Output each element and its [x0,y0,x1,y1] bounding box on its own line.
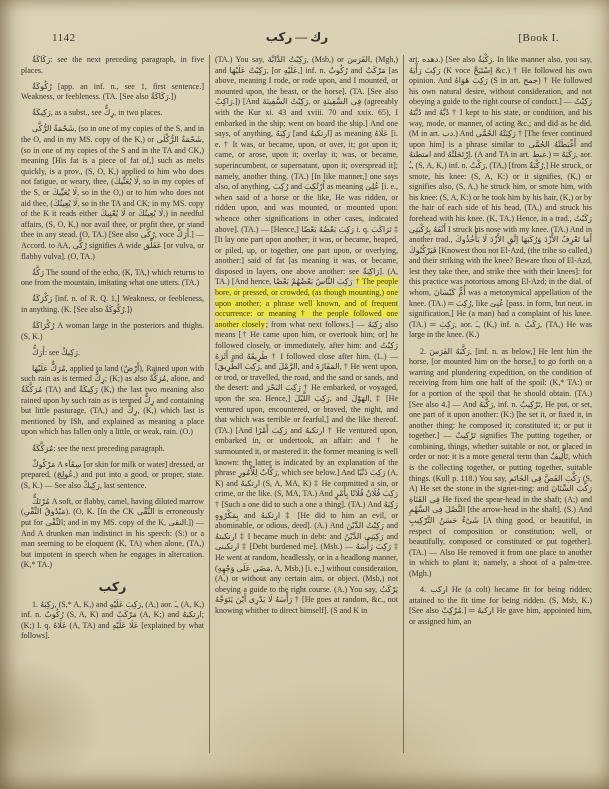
entry-paragraph: شَحْمَةُ الرُّكَّى, (so in one of my cop… [21,124,204,262]
entry-paragraph: رَكِيكَةٌ, as a subst., see رِكٌّ, in tw… [21,108,204,119]
book-label: [Book I. [518,32,559,44]
entry-paragraph: 4. اركب He (a colt) became fit for being… [409,585,592,627]
entry-paragraph: رَكَاكَةٌ: see the next preceding paragr… [21,55,204,76]
entry-paragraph: رُكُوكَةٌ [app. an inf. n., see 1, first… [21,82,204,103]
running-title-arabic: رك — ركب [266,30,329,45]
text-columns: رَكَاكَةٌ: see the next preceding paragr… [0,51,609,759]
lexicon-page: 1142 رك — ركب [Book I. رَكَاكَةٌ: see th… [0,0,609,789]
column-3: art. دهده.) [See also رَكْبَةٌ. In like … [404,53,597,759]
entry-paragraph: 1. رَكِبَهُ, (S,* A, K,) and رَكِبَ عَلَ… [21,600,204,642]
text-run: (TA.) You say, رَكِبْتُ الدَّابَّةَ, (Ms… [215,55,398,286]
entry-paragraph: 2. رَكَّبَهُ الفَرَسَ, [inf. n. as below… [409,347,592,580]
entry-paragraph: أَرَكُّ: see رَكِيكٌ. [21,348,204,359]
entry-paragraph: رَكْرَكَةٌ [inf. n. of R. Q. 1,] Weaknes… [21,294,204,315]
entry-paragraph: رَكَّةٌ The sound of the echo, (K, TA,) … [21,268,204,289]
entry-paragraph: رُكْرَاكَةٌ A woman large in the posteri… [21,321,204,342]
entry-paragraph: مُرْتَكٌّ A soft, or flabby, camel, havi… [21,497,204,571]
entry-paragraph: مُرَكٌّ عَلَيْهَا, applied to land (أَرْ… [21,364,204,438]
entry-paragraph: (TA.) You say, رَكِبْتُ الدَّابَّةَ, (Ms… [215,55,398,616]
column-1: رَكَاكَةٌ: see the next preceding paragr… [16,53,209,759]
entry-paragraph: مَرْكُوكٌ A سِقَآء [or skin for milk or … [21,460,204,492]
page-header: 1142 رك — ركب [Book I. [0,0,609,51]
entry-paragraph: art. دهده.) [See also رَكْبَةٌ. In like … [409,55,592,341]
page-number: 1142 [52,32,76,44]
column-2: (TA.) You say, رَكِبْتُ الدَّابَّةَ, (Ms… [210,53,403,759]
entry-paragraph: مُرَكَّكَةٌ: see the next preceding para… [21,444,204,455]
text-run: ; from what next follows.] — رَكِبَهُ al… [215,320,398,615]
root-heading-rkb: ركب [21,582,204,593]
